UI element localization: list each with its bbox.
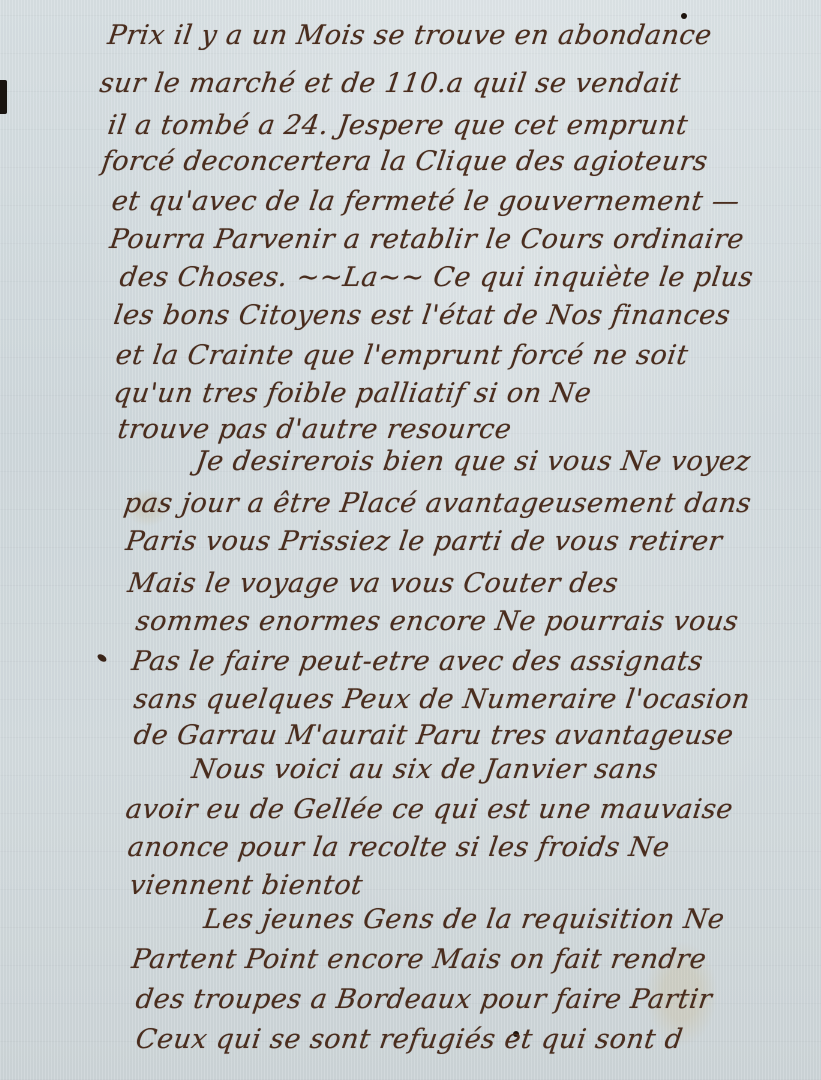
text-line: qu'un tres foible palliatif si on Ne — [112, 378, 594, 409]
binding-edge-mark — [0, 80, 7, 114]
manuscript-page: Prix il y a un Mois se trouve en abondan… — [0, 0, 821, 1080]
text-line: Ceux qui se sont refugiés et qui sont d — [134, 1024, 685, 1055]
text-line: avoir eu de Gellée ce qui est une mauvai… — [124, 794, 735, 825]
text-line: sommes enormes encore Ne pourrais vous — [134, 606, 741, 637]
text-line: Pourra Parvenir a retablir le Cours ordi… — [108, 224, 746, 255]
text-line: les bons Citoyens est l'état de Nos fina… — [112, 300, 733, 331]
text-line: Nous voici au six de Janvier sans — [190, 754, 660, 785]
text-line: forcé deconcertera la Clique des agioteu… — [100, 146, 710, 177]
text-line: anonce pour la recolte si les froids Ne — [126, 832, 672, 863]
text-line: Paris vous Prissiez le parti de vous ret… — [124, 526, 724, 557]
text-line: trouve pas d'autre resource — [116, 414, 514, 445]
text-line: des troupes a Bordeaux pour faire Partir — [134, 984, 714, 1015]
text-line: sur le marché et de 110.a quil se vendai… — [98, 68, 683, 99]
text-line: il a tombé a 24. Jespere que cet emprunt — [106, 110, 690, 141]
text-line: sans quelques Peux de Numeraire l'ocasio… — [132, 684, 752, 715]
text-line: et qu'avec de la fermeté le gouvernement… — [110, 186, 742, 217]
text-line: Les jeunes Gens de la requisition Ne — [202, 904, 727, 935]
text-line: Mais le voyage va vous Couter des — [126, 568, 621, 599]
text-line: Je desirerois bien que si vous Ne voyez — [194, 446, 753, 477]
text-line: Partent Point encore Mais on fait rendre — [130, 944, 709, 975]
text-line: pas jour a être Placé avantageusement da… — [122, 488, 754, 519]
text-line: Prix il y a un Mois se trouve en abondan… — [106, 20, 714, 51]
ink-dot — [681, 13, 687, 19]
text-line: de Garrau M'aurait Paru tres avantageuse — [132, 720, 736, 751]
text-line: viennent bientot — [128, 870, 365, 901]
text-line: et la Crainte que l'emprunt forcé ne soi… — [114, 340, 690, 371]
ink-blot — [96, 653, 108, 664]
text-line: des Choses. ~~La~~ Ce qui inquiète le pl… — [118, 262, 756, 293]
text-line: Pas le faire peut-etre avec des assignat… — [130, 646, 705, 677]
